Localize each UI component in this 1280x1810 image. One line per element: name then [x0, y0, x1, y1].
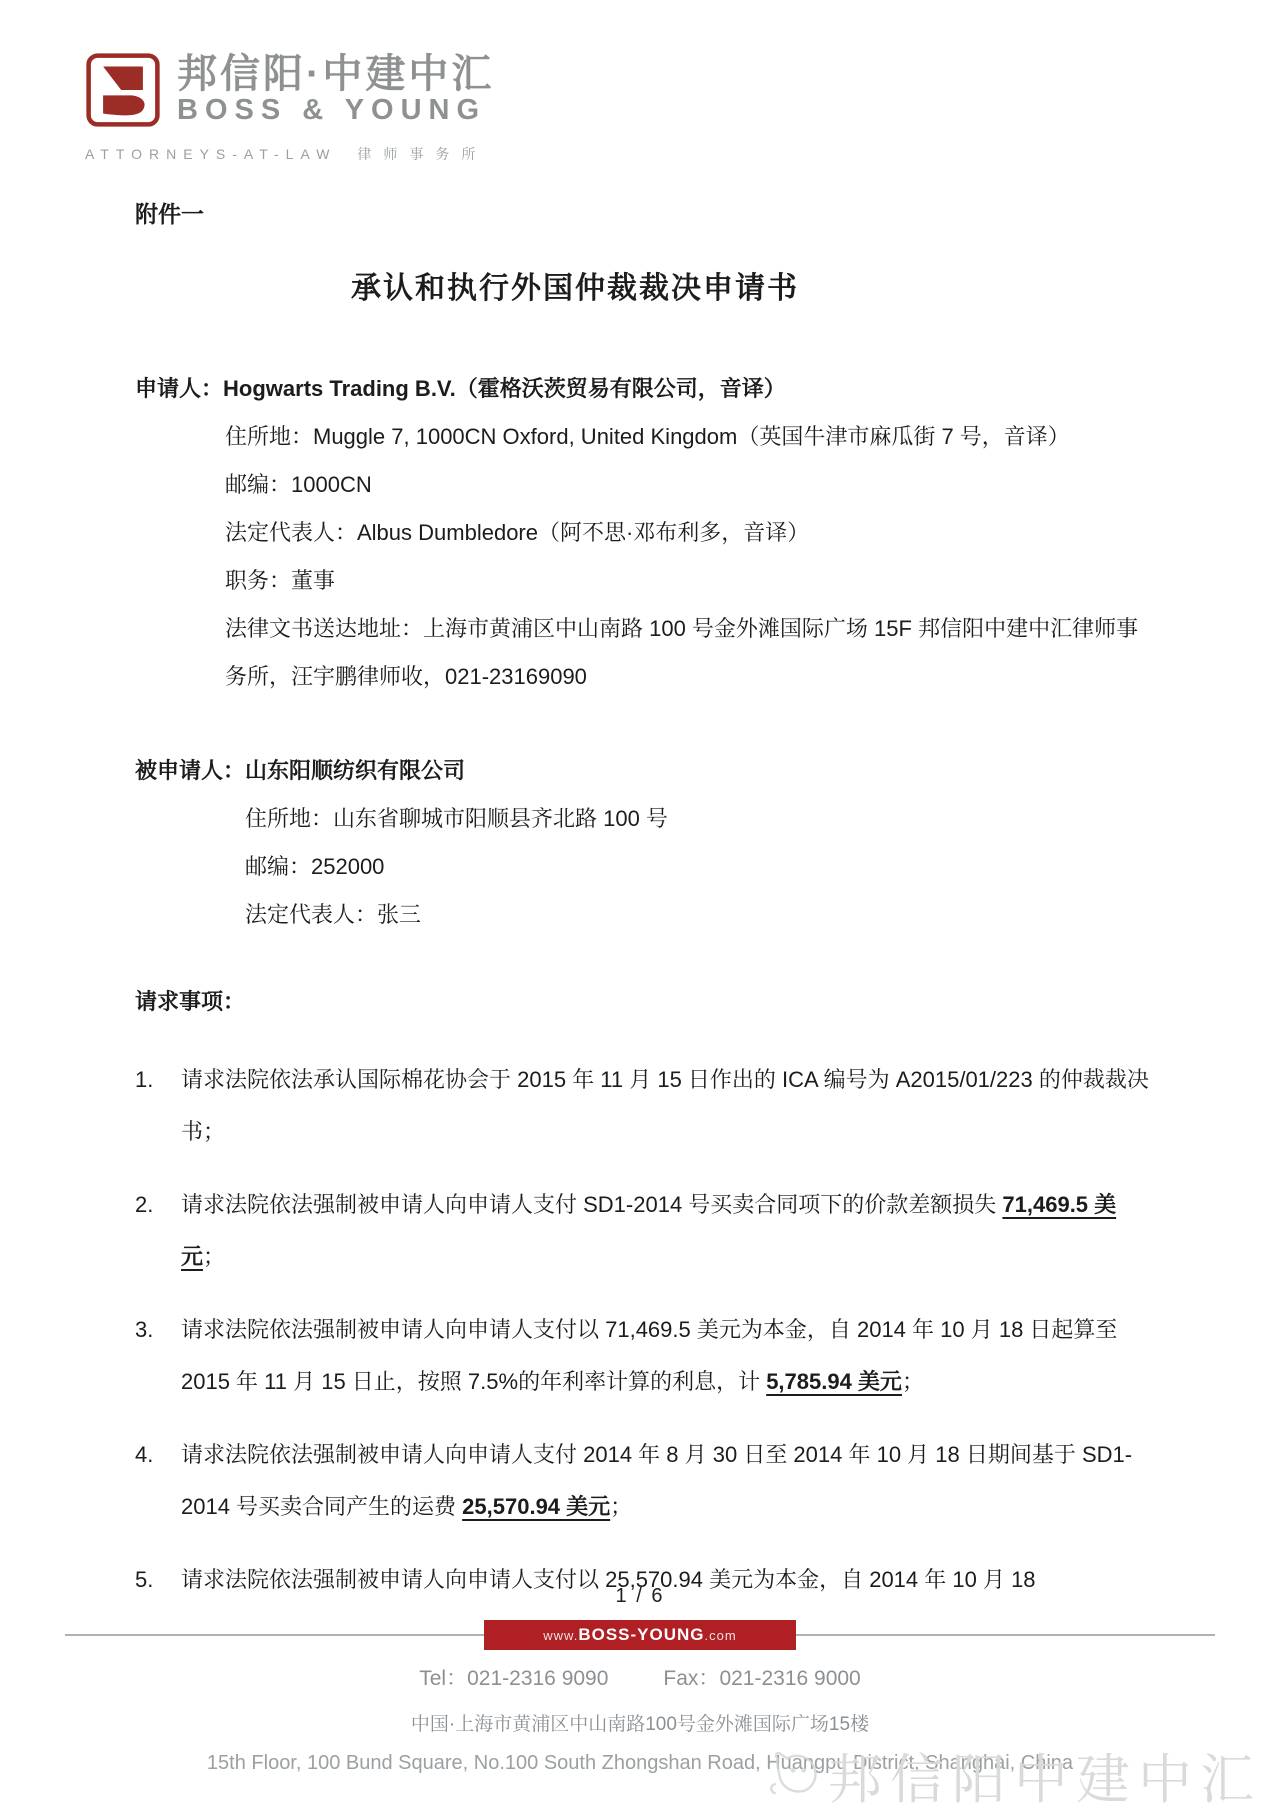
website-name: BOSS-YOUNG — [578, 1625, 704, 1644]
fax-label: Fax： — [663, 1667, 719, 1690]
request-item-text: 请求法院依法强制被申请人向申请人支付 SD1-2014 号买卖合同项下的价款差额… — [181, 1179, 1155, 1283]
request-item-number: 3. — [135, 1304, 181, 1408]
brand-text: 邦信阳·中建中汇 BOSS & YOUNG — [177, 53, 494, 127]
fax-number: 021-2316 9000 — [719, 1667, 860, 1690]
request-item-text: 请求法院依法强制被申请人向申请人支付 2014 年 8 月 30 日至 2014… — [181, 1429, 1155, 1533]
website-prefix: www. — [543, 1628, 578, 1643]
request-item-number: 2. — [135, 1179, 181, 1283]
respondent-heading: 被申请人：山东阳顺纺织有限公司 — [135, 747, 1155, 795]
applicant-details: 住所地：Muggle 7, 1000CN Oxford, United King… — [225, 413, 1155, 701]
request-item-text: 请求法院依法承认国际棉花协会于 2015 年 11 月 15 日作出的 ICA … — [181, 1054, 1155, 1158]
request-item-text: 请求法院依法强制被申请人向申请人支付以 71,469.5 美元为本金，自 201… — [181, 1304, 1155, 1408]
website-suffix: .com — [705, 1628, 737, 1643]
tel-label: Tel： — [419, 1667, 467, 1690]
tagline-cn: 律师事务所 — [357, 146, 487, 162]
request-item-number: 1. — [135, 1054, 181, 1158]
applicant-name: Hogwarts Trading B.V.（霍格沃茨贸易有限公司，音译） — [223, 376, 786, 401]
applicant-section: 申请人：Hogwarts Trading B.V.（霍格沃茨贸易有限公司，音译）… — [135, 365, 1155, 701]
claim-amount: 5,785.94 美元 — [766, 1369, 902, 1394]
applicant-label: 申请人： — [135, 376, 223, 401]
document-body: 附件一 承认和执行外国仲裁裁决申请书 申请人：Hogwarts Trading … — [135, 196, 1155, 1627]
request-item: 3.请求法院依法强制被申请人向申请人支付以 71,469.5 美元为本金，自 2… — [135, 1304, 1155, 1408]
tagline-en: ATTORNEYS-AT-LAW — [85, 146, 337, 162]
brand-tagline: ATTORNEYS-AT-LAW 律师事务所 — [85, 144, 494, 164]
request-item: 1.请求法院依法承认国际棉花协会于 2015 年 11 月 15 日作出的 IC… — [135, 1054, 1155, 1158]
respondent-postcode: 邮编：252000 — [245, 843, 1155, 891]
address-en: 15th Floor, 100 Bund Square, No.100 Sout… — [0, 1752, 1280, 1775]
contact-block: Tel：021-2316 9090Fax：021-2316 9000 中国·上海… — [0, 1662, 1280, 1775]
request-item: 4.请求法院依法强制被申请人向申请人支付 2014 年 8 月 30 日至 20… — [135, 1429, 1155, 1533]
respondent-legal-rep: 法定代表人：张三 — [245, 891, 1155, 939]
respondent-name: 山东阳顺纺织有限公司 — [245, 758, 465, 783]
boss-young-logo-icon — [85, 52, 161, 128]
requests-heading: 请求事项： — [135, 985, 1155, 1016]
attachment-label: 附件一 — [135, 196, 1155, 229]
claim-amount: 25,570.94 美元 — [462, 1494, 610, 1519]
respondent-label: 被申请人： — [135, 758, 245, 783]
tel-number: 021-2316 9090 — [467, 1667, 608, 1690]
applicant-heading: 申请人：Hogwarts Trading B.V.（霍格沃茨贸易有限公司，音译） — [135, 365, 1155, 413]
applicant-postcode: 邮编：1000CN — [225, 461, 1155, 509]
applicant-service-address: 法律文书送达地址：上海市黄浦区中山南路 100 号金外滩国际广场 15F 邦信阳… — [225, 605, 1155, 701]
respondent-details: 住所地：山东省聊城市阳顺县齐北路 100 号 邮编：252000 法定代表人：张… — [245, 795, 1155, 939]
page-number: 1 / 6 — [0, 1585, 1280, 1608]
applicant-legal-rep: 法定代表人：Albus Dumbledore（阿不思·邓布利多，音译） — [225, 509, 1155, 557]
letterhead: 邦信阳·中建中汇 BOSS & YOUNG ATTORNEYS-AT-LAW 律… — [85, 52, 494, 164]
document-page: 邦信阳·中建中汇 BOSS & YOUNG ATTORNEYS-AT-LAW 律… — [0, 0, 1280, 1810]
website-banner: www.BOSS-YOUNG.com — [484, 1620, 796, 1650]
respondent-section: 被申请人：山东阳顺纺织有限公司 住所地：山东省聊城市阳顺县齐北路 100 号 邮… — [135, 747, 1155, 939]
website-band: www.BOSS-YOUNG.com — [0, 1620, 1280, 1650]
request-item: 2.请求法院依法强制被申请人向申请人支付 SD1-2014 号买卖合同项下的价款… — [135, 1179, 1155, 1283]
document-title: 承认和执行外国仲裁裁决申请书 — [135, 263, 1015, 307]
applicant-address: 住所地：Muggle 7, 1000CN Oxford, United King… — [225, 413, 1155, 461]
respondent-address: 住所地：山东省聊城市阳顺县齐北路 100 号 — [245, 795, 1155, 843]
applicant-position: 职务：董事 — [225, 557, 1155, 605]
brand-name-en: BOSS & YOUNG — [177, 95, 494, 127]
address-cn: 中国·上海市黄浦区中山南路100号金外滩国际广场15楼 — [0, 1709, 1280, 1736]
brand-name-cn: 邦信阳·中建中汇 — [177, 53, 494, 95]
request-item-number: 4. — [135, 1429, 181, 1533]
tel-fax-line: Tel：021-2316 9090Fax：021-2316 9000 — [0, 1662, 1280, 1692]
requests-list: 1.请求法院依法承认国际棉花协会于 2015 年 11 月 15 日作出的 IC… — [135, 1054, 1155, 1606]
